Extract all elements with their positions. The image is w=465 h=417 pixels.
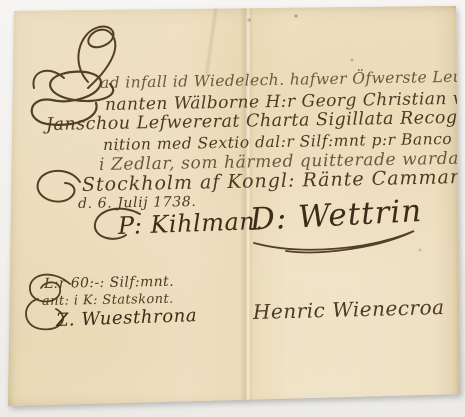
signature-kihlman: P: Kihlman. bbox=[118, 207, 264, 240]
scan-background: ad infall id Wiedelech. hafwer Öfwerste … bbox=[0, 0, 465, 417]
annotation-amount-line: L:r 60:-: Silf:mnt. bbox=[44, 274, 174, 292]
paper-shadow-wrap: ad infall id Wiedelech. hafwer Öfwerste … bbox=[0, 0, 465, 417]
annotation-signature: Z. Wuesthrona bbox=[56, 305, 198, 331]
signature-wettrin: D: Wettrin bbox=[249, 193, 423, 238]
stockholm-initial-swash bbox=[38, 171, 80, 202]
fold-crease-top bbox=[203, 8, 219, 78]
initial-letter-tail bbox=[33, 71, 64, 88]
manuscript-line-1: ad infall id Wiedelech. hafwer Öfwerste … bbox=[100, 67, 465, 92]
signature-wienecroa: Henric Wienecroa bbox=[253, 295, 445, 324]
document-paper: ad infall id Wiedelech. hafwer Öfwerste … bbox=[0, 0, 465, 417]
